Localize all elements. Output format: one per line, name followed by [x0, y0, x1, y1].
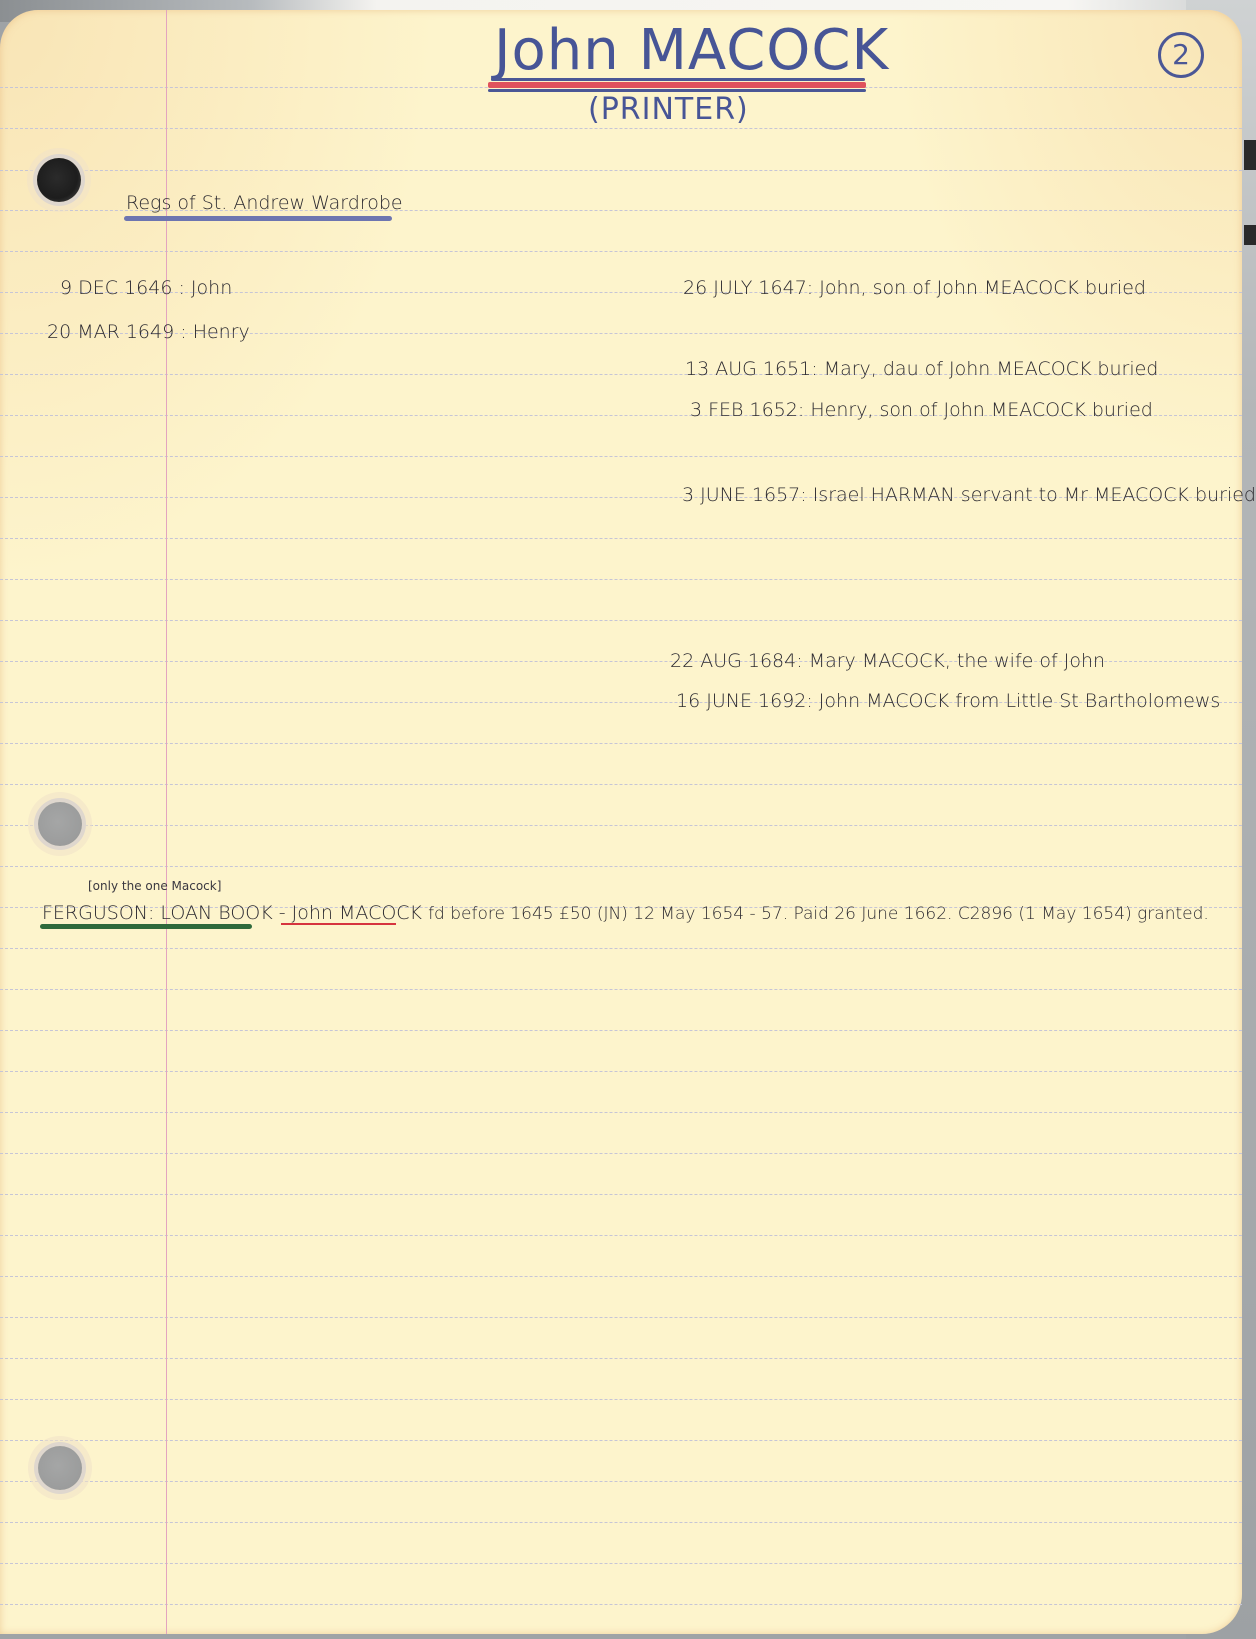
section-underline-green [40, 924, 252, 929]
baptism-entry: 20 MAR 1649 : Henry [47, 321, 250, 343]
annotation-note: [only the one Macock] [88, 879, 221, 893]
ruled-line [0, 1071, 1242, 1072]
entry-text: John, son of John MEACOCK buried [819, 277, 1146, 299]
entry-text: John [191, 277, 232, 299]
entry-text: John MACOCK from Little St Bartholomews [819, 690, 1221, 712]
ruled-line [0, 1153, 1242, 1154]
burial-entry: 13 AUG 1651: Mary, dau of John MEACOCK b… [685, 358, 1158, 380]
entry-date: 26 JULY 1647 [683, 277, 807, 299]
burial-entry: 16 JUNE 1692: John MACOCK from Little St… [676, 690, 1220, 712]
ruled-line [0, 128, 1242, 129]
burial-entry: 3 JUNE 1657: Israel HARMAN servant to Mr… [682, 484, 1256, 506]
burial-entry: 26 JULY 1647: John, son of John MEACOCK … [683, 277, 1146, 299]
ruled-line [0, 579, 1242, 580]
ruled-line [0, 538, 1242, 539]
loan-details: fd before 1645 £50 (JN) 12 May 1654 - 57… [428, 904, 1209, 924]
ruled-line [0, 1522, 1242, 1523]
ruled-line [0, 784, 1242, 785]
punch-hole [38, 802, 82, 846]
entry-date: 3 FEB 1652 [690, 399, 798, 421]
ruled-line [0, 1030, 1242, 1031]
page-title: John MACOCK [494, 18, 889, 83]
punch-hole [38, 1446, 82, 1490]
ruled-line [0, 948, 1242, 949]
entry-date: 13 AUG 1651 [685, 358, 811, 380]
baptism-entry: 9 DEC 1646 : John [60, 277, 232, 299]
ruled-line [0, 1276, 1242, 1277]
entry-date: 20 MAR 1649 [47, 321, 174, 343]
page-subtitle: (PRINTER) [588, 92, 749, 127]
ruled-line [0, 866, 1242, 867]
ruled-line [0, 1235, 1242, 1236]
title-underline [488, 78, 866, 92]
entry-text: Henry, son of John MEACOCK buried [810, 399, 1152, 421]
ferguson-entry: FERGUSON: LOAN BOOK - John MACOCK fd bef… [42, 902, 1209, 924]
ruled-line [0, 1399, 1242, 1400]
margin-line [166, 10, 167, 1634]
ruled-line [0, 1317, 1242, 1318]
ruled-line [0, 1604, 1242, 1605]
entry-date: 22 AUG 1684 [670, 650, 796, 672]
ruled-line [0, 620, 1242, 621]
entry-text: Mary, dau of John MEACOCK buried [824, 358, 1159, 380]
section-underline [124, 216, 392, 221]
ruled-line [0, 251, 1242, 252]
page-number-badge: 2 [1158, 32, 1204, 78]
ruled-line [0, 989, 1242, 990]
entry-date: 3 JUNE 1657 [682, 484, 800, 506]
ruled-line [0, 743, 1242, 744]
entry-text: Mary MACOCK, the wife of John [809, 650, 1105, 672]
ruled-line [0, 1440, 1242, 1441]
ruled-line [0, 456, 1242, 457]
notebook-page [0, 10, 1242, 1634]
section-heading-ferguson: FERGUSON: LOAN BOOK [42, 902, 273, 924]
ruled-line [0, 1194, 1242, 1195]
ruled-line [0, 1563, 1242, 1564]
section-heading-registers: Regs of St. Andrew Wardrobe [126, 192, 403, 214]
ruled-line [0, 825, 1242, 826]
person-name: John MACOCK [292, 902, 422, 924]
ruled-line [0, 1481, 1242, 1482]
entry-text: Henry [193, 321, 250, 343]
punch-hole [37, 158, 81, 202]
ruled-line [0, 1358, 1242, 1359]
entry-text: Israel HARMAN servant to Mr MEACOCK buri… [813, 484, 1256, 506]
name-underline-red [281, 923, 396, 925]
ruled-line [0, 170, 1242, 171]
burial-entry: 22 AUG 1684: Mary MACOCK, the wife of Jo… [670, 650, 1105, 672]
dash-separator: - [279, 902, 286, 924]
entry-date: 16 JUNE 1692 [676, 690, 806, 712]
burial-entry: 3 FEB 1652: Henry, son of John MEACOCK b… [690, 399, 1153, 421]
ruled-line [0, 1112, 1242, 1113]
entry-date: 9 DEC 1646 [60, 277, 172, 299]
